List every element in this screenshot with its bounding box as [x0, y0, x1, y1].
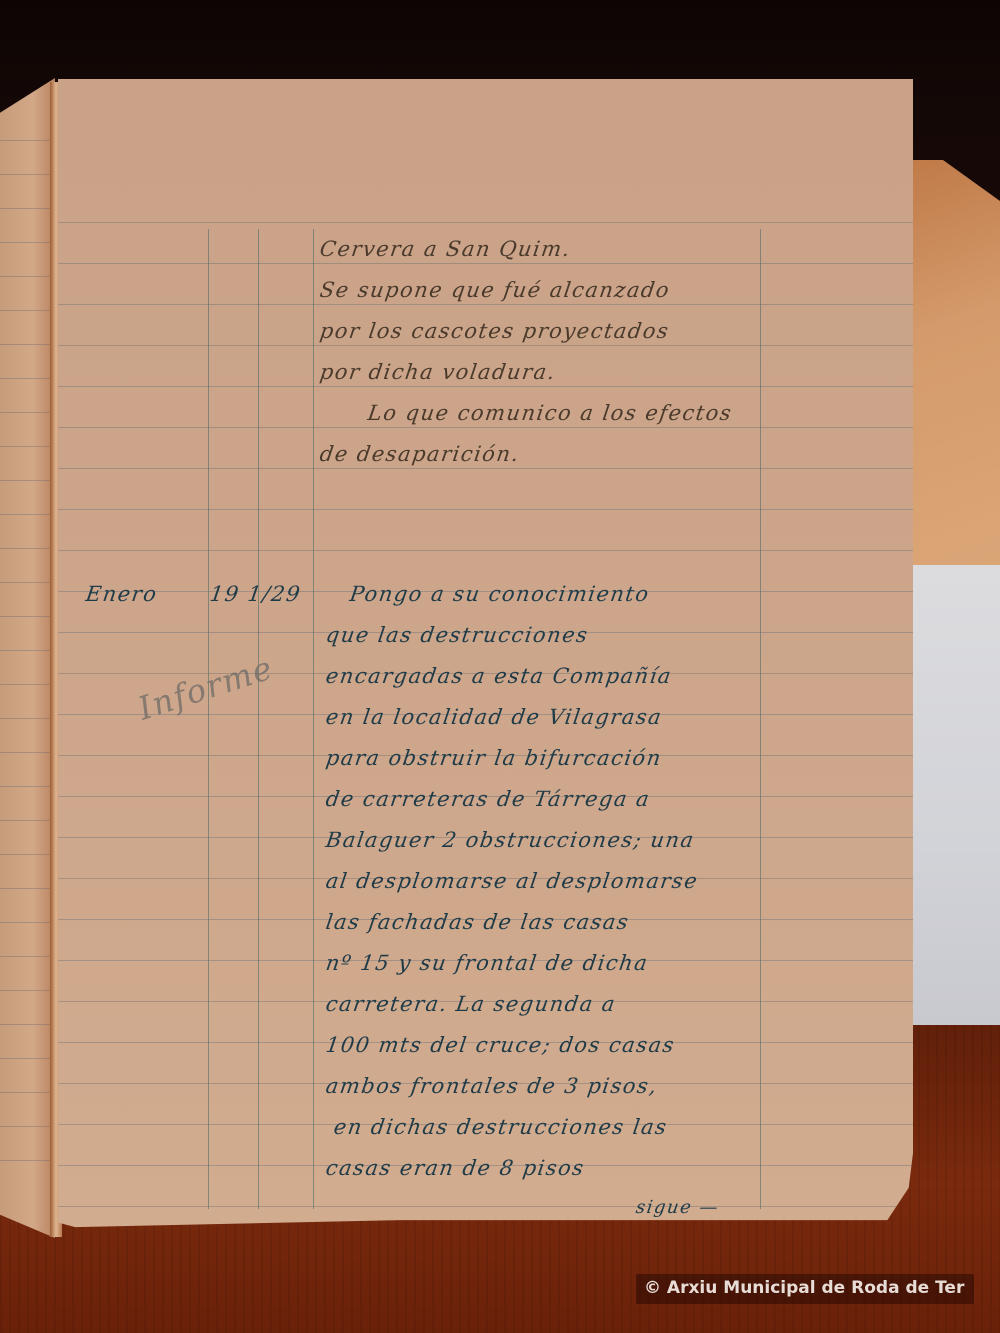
entry2-line: de carreteras de Tárrega a	[324, 787, 652, 811]
continuation-note: sigue —	[635, 1197, 721, 1218]
left-notebook-page	[0, 78, 55, 1238]
margin-annotation-pencil: Informe	[134, 648, 278, 727]
entry2-line: al desplomarse al desplomarse	[324, 869, 700, 893]
handwritten-text: Cervera a San Quim. Se supone que fué al…	[58, 79, 913, 1234]
entry2-date-month: Enero	[84, 582, 159, 606]
entry2-line: en dichas destrucciones las	[332, 1115, 669, 1139]
entry2-line: casas eran de 8 pisos	[324, 1156, 586, 1180]
entry2-line: 100 mts del cruce; dos casas	[324, 1033, 676, 1057]
entry2-line: ambos frontales de 3 pisos,	[324, 1074, 659, 1098]
cardboard-box-top	[905, 160, 1000, 570]
entry2-line: las fachadas de las casas	[324, 910, 631, 934]
entry2-line: nº 15 y su frontal de dicha	[324, 951, 650, 975]
entry2-line: que las destrucciones	[324, 623, 590, 647]
entry1-line: Cervera a San Quim.	[318, 237, 572, 261]
entry2-date-day-year: 19 1/29	[208, 582, 302, 606]
entry2-line: para obstruir la bifurcación	[324, 746, 663, 770]
entry2-line: carretera. La segunda a	[324, 992, 617, 1016]
entry2-line: en la localidad de Vilagrasa	[324, 705, 664, 729]
entry1-line: por dicha voladura.	[318, 360, 557, 384]
entry2-line: Balaguer 2 obstrucciones; una	[324, 828, 696, 852]
entry1-line: Lo que comunico a los efectos	[366, 401, 734, 425]
entry1-line: de desaparición.	[318, 442, 521, 466]
entry2-line: Pongo a su conocimiento	[348, 582, 651, 606]
entry1-line: Se supone que fué alcanzado	[318, 278, 672, 302]
entry2-line: encargadas a esta Compañía	[324, 664, 673, 688]
entry1-line: por los cascotes proyectados	[318, 319, 671, 343]
copyright-watermark: © Arxiu Municipal de Roda de Ter	[636, 1274, 974, 1304]
notebook-page: Cervera a San Quim. Se supone que fué al…	[58, 79, 913, 1234]
